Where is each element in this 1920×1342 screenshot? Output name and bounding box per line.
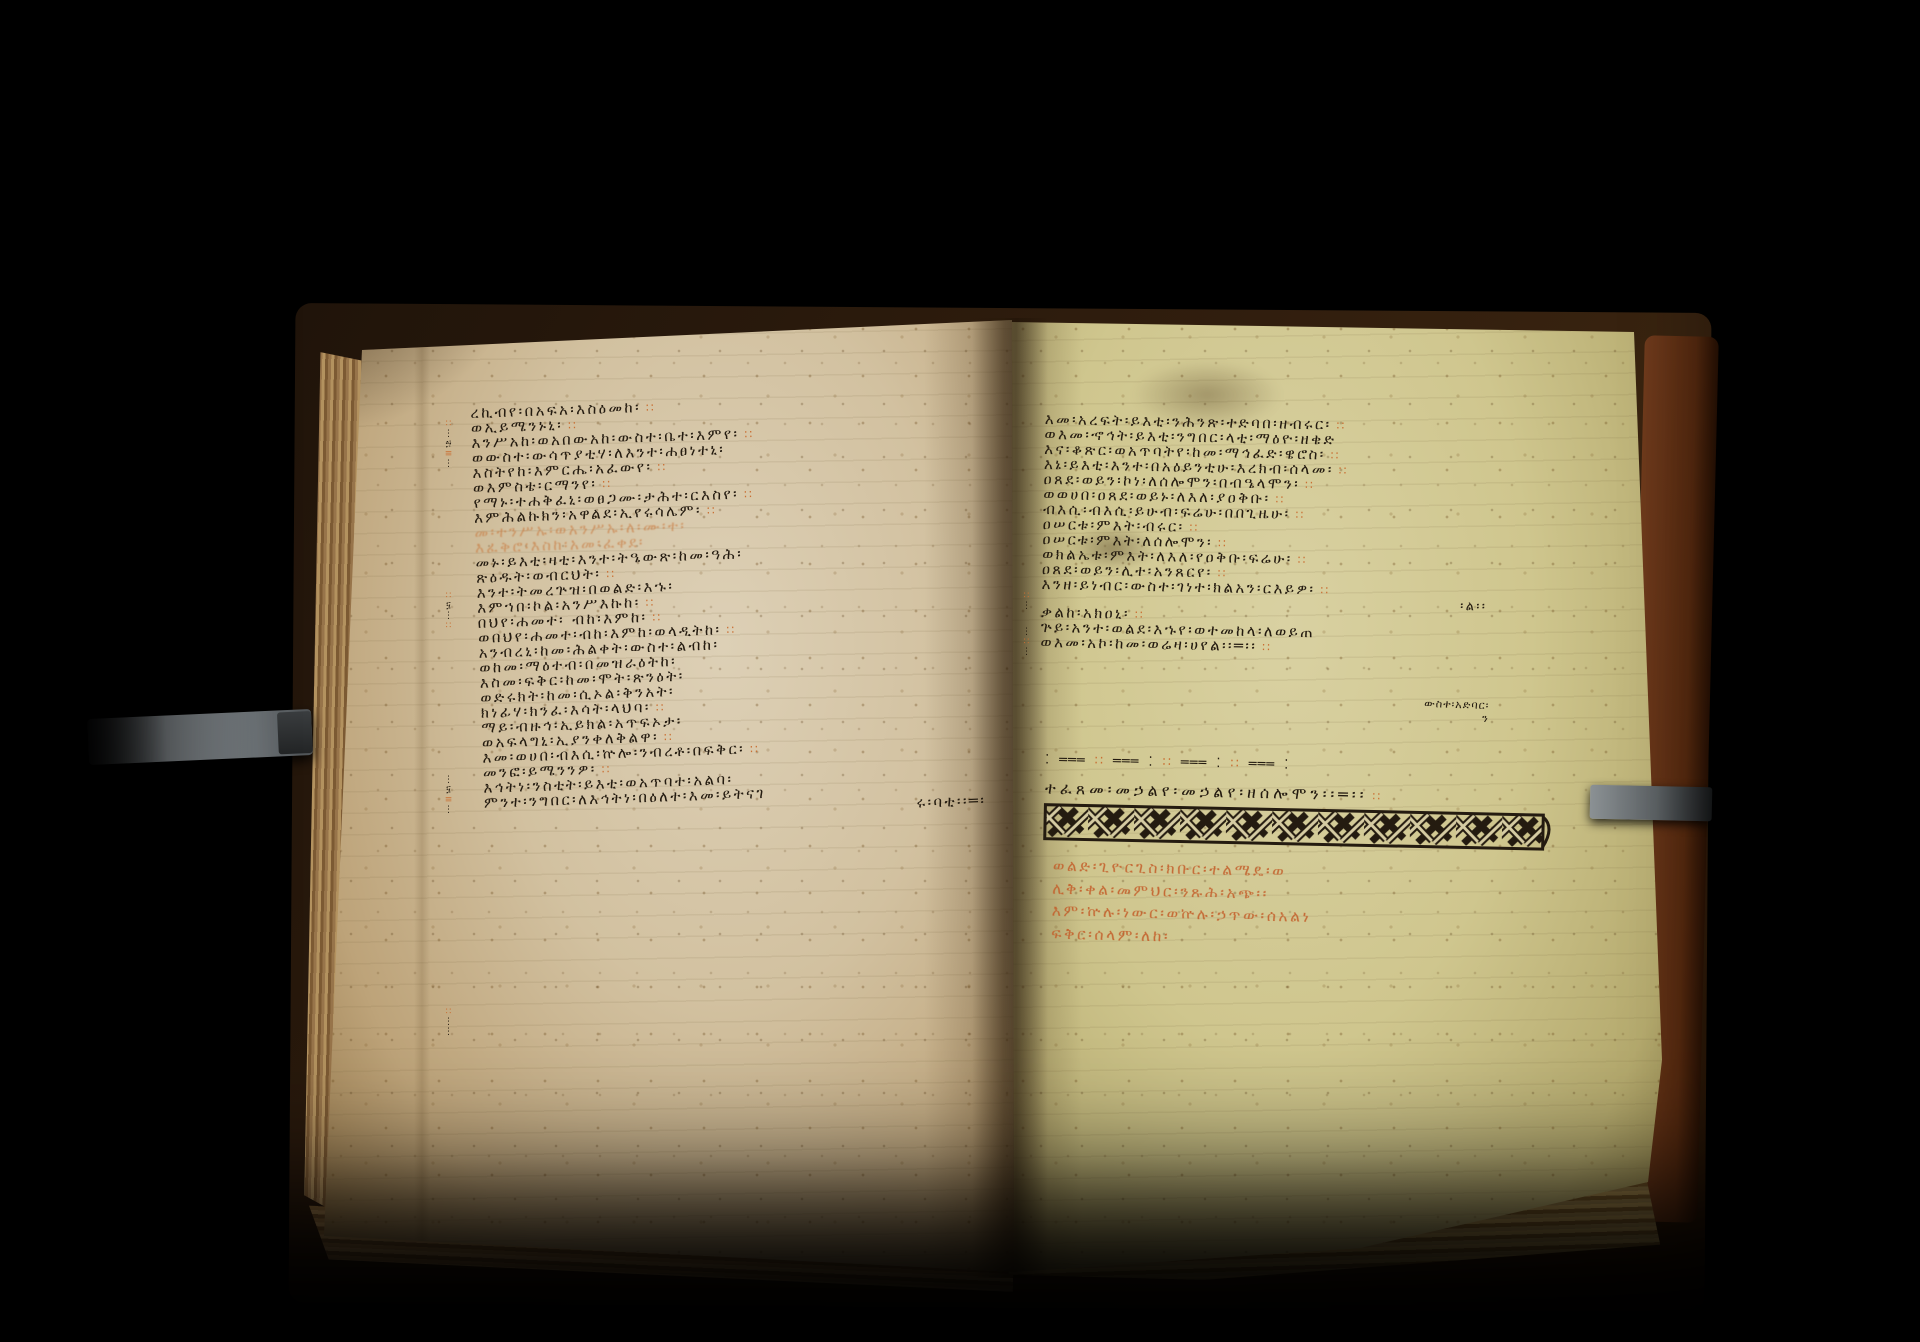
red-dot-ornament: ∷ [726,623,735,637]
fold-line [414,320,430,1276]
red-dot-ornament: ∷ [657,460,666,474]
left-mount-clip [87,709,313,765]
red-dot-ornament: ∷ [1298,553,1307,567]
right-mount-clip [1590,785,1713,822]
red-dot-ornament: ∷ [744,487,753,501]
clip-tab [277,711,313,754]
divider-ornament-segment: ⁚ [1148,755,1153,770]
red-dot-ornament: ∷ [1336,419,1345,433]
right-page-text-column: እመ፡አረፍት፡ይእቲ፡ንሕንጽ፡ተድባበ፡ዘብሩር፡∷ወእመ፡ኆኅት፡ይእቲ፡… [1040,408,1574,656]
photograph-stage: ረኪብየ፡በአፍአ፡እስዕመከ፡∷ወኢይሜንኑኒ፡∷እንሥአከ፡ወአበውአከ፡ው… [0,0,1920,1342]
line-text: ፡ል፡፡ [1460,599,1487,615]
divider-ornament-segment: ∷ [1230,756,1240,771]
red-dot-ornament: ∷ [646,401,655,415]
red-dot-ornament: ∷ [1295,508,1304,522]
insertion-line: ውስተ፡አድባር፡ [1424,697,1489,712]
interlinear-insertion: ውስተ፡አድባር፡ ን [1424,697,1490,725]
red-colophon-block: ወልድ፡ጊዮርጊስ፡ክቡር፡ተልሜዴ፡ወሊቅ፡ቀል፡መምህር፡ንጹሕ፡አጭ፡፡እ… [1051,855,1493,956]
red-dot-ornament: ∷ [1305,478,1314,492]
divider-ornament-segment: ∷ [1162,755,1172,770]
divider-ornament-segment: ═══ [1059,753,1086,769]
divider-ornament-segment: ∷ [1095,754,1105,769]
red-dot-ornament: ∷ [1339,464,1348,478]
divider-ornament-segment: ═══ [1181,755,1208,771]
divider-ornament-segment: ═══ [1113,754,1140,770]
divider-ornament-segment: ═══ [1249,757,1276,773]
divider-ornament-segment: ⁚ [1284,758,1289,773]
red-dot-ornament: ∷ [1320,583,1329,597]
line-text: ሩ፡ባቲ፡፡═፡ [916,791,986,811]
divider-ornament-segment: ⁚ [1045,753,1050,768]
left-page-text-column: ረኪብየ፡በአፍአ፡እስዕመከ፡∷ወኢይሜንኑኒ፡∷እንሥአከ፡ወአበውአከ፡ው… [470,383,1032,822]
red-dot-ornament: ∷ [744,427,753,441]
red-dot-ornament: ∷ [1372,789,1381,803]
insertion-line: ን [1424,710,1489,725]
red-dot-ornament: ∷ [1262,640,1271,654]
divider-ornament-segment: ⁚ [1216,756,1221,771]
red-dot-ornament: ∷ [750,742,759,756]
